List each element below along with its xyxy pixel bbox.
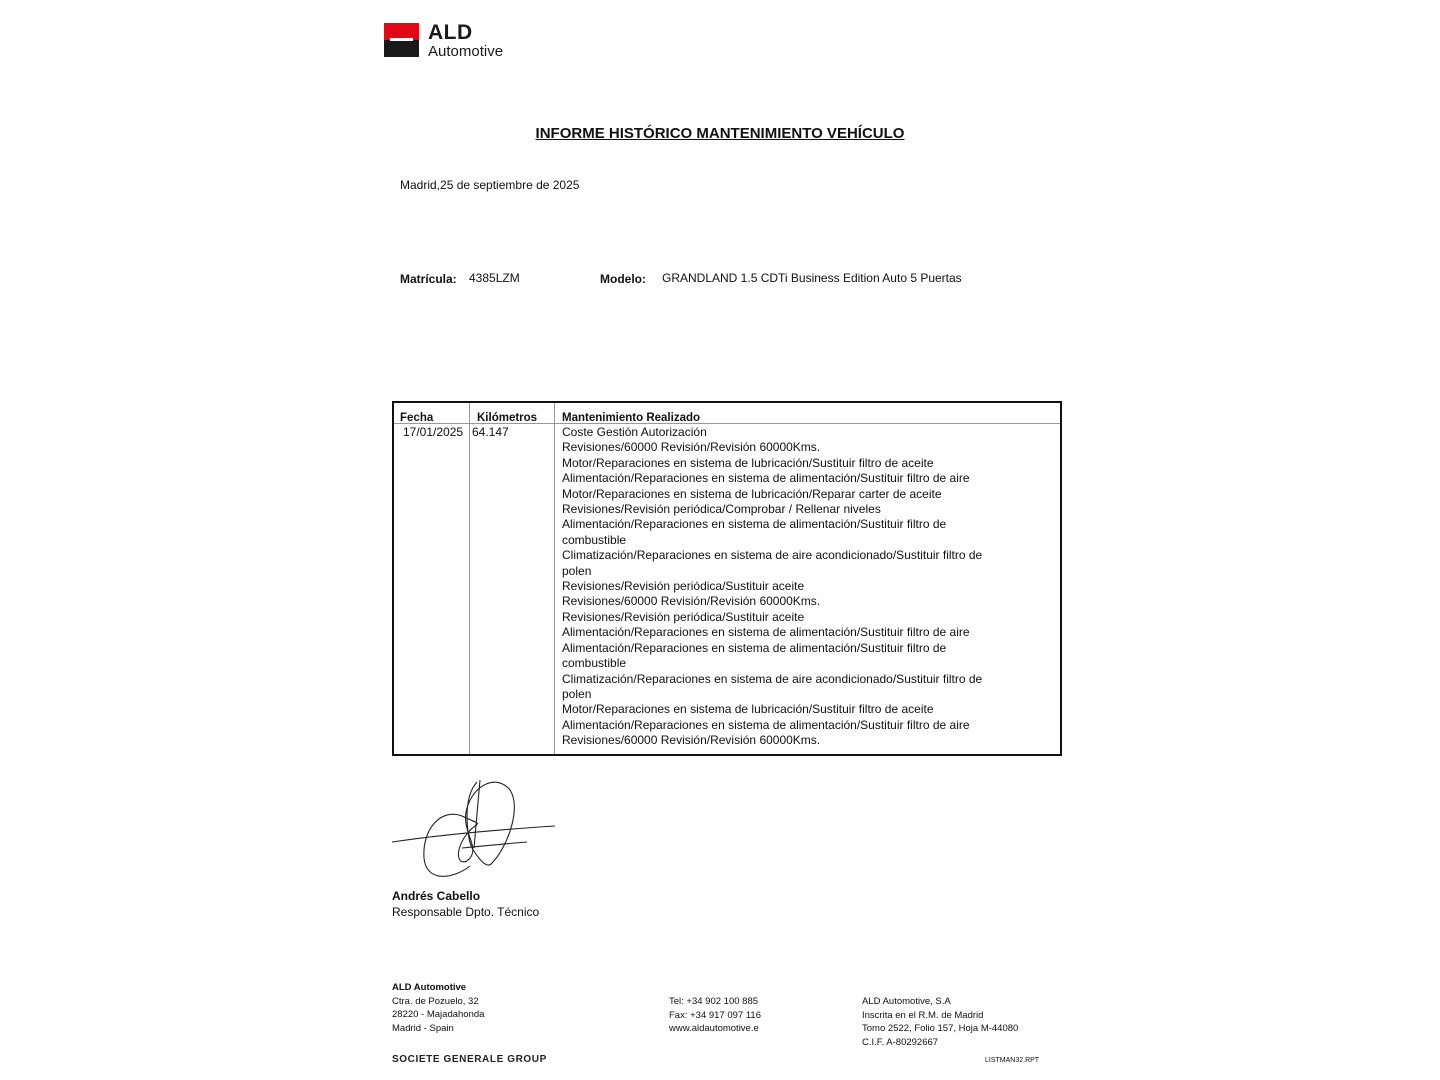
footer-fax: Fax: +34 917 097 116: [669, 1009, 761, 1023]
maintenance-entry: polen: [562, 687, 982, 702]
signer-role: Responsable Dpto. Técnico: [392, 905, 539, 919]
maintenance-entry: Motor/Reparaciones en sistema de lubrica…: [562, 456, 982, 471]
maintenance-entry: Motor/Reparaciones en sistema de lubrica…: [562, 702, 982, 717]
plate-value: 4385LZM: [469, 271, 520, 285]
header-mantenimiento: Mantenimiento Realizado: [562, 412, 700, 424]
model-label: Modelo:: [600, 272, 646, 286]
header-fecha: Fecha: [400, 412, 433, 424]
maintenance-entry: Revisiones/Revisión periódica/Sustituir …: [562, 579, 982, 594]
maintenance-entry: Revisiones/60000 Revisión/Revisión 60000…: [562, 733, 982, 748]
logo-mark-icon: [384, 23, 419, 57]
maintenance-entry: Climatización/Reparaciones en sistema de…: [562, 548, 982, 563]
societe-generale-group: SOCIETE GENERALE GROUP: [392, 1054, 547, 1065]
maintenance-entry: combustible: [562, 656, 982, 671]
footer-contact: Tel: +34 902 100 885 Fax: +34 917 097 11…: [669, 995, 761, 1036]
maintenance-entry: Alimentación/Reparaciones en sistema de …: [562, 641, 982, 656]
footer-legal-line: ALD Automotive, S.A: [862, 995, 1018, 1009]
footer-address: ALD Automotive Ctra. de Pozuelo, 32 2822…: [392, 981, 484, 1035]
footer-address-line: Madrid - Spain: [392, 1022, 484, 1036]
footer-phone: Tel: +34 902 100 885: [669, 995, 761, 1009]
report-code: LISTMAN32.RPT: [985, 1057, 1039, 1064]
footer-legal-line: Inscrita en el R.M. de Madrid: [862, 1009, 1018, 1023]
signer-name: Andrés Cabello: [392, 889, 480, 903]
footer-address-line: 28220 - Majadahonda: [392, 1008, 484, 1022]
row-km: 64.147: [472, 425, 509, 440]
footer-company: ALD Automotive: [392, 981, 484, 995]
maintenance-table: Fecha Kilómetros Mantenimiento Realizado…: [392, 401, 1062, 756]
maintenance-entry: Alimentación/Reparaciones en sistema de …: [562, 471, 982, 486]
document-title: INFORME HISTÓRICO MANTENIMIENTO VEHÍCULO: [0, 125, 1440, 142]
maintenance-entry: Revisiones/Revisión periódica/Sustituir …: [562, 610, 982, 625]
footer-legal: ALD Automotive, S.A Inscrita en el R.M. …: [862, 995, 1018, 1049]
plate-label: Matrícula:: [400, 272, 457, 286]
footer-legal-line: Tomo 2522, Folio 157, Hoja M-44080: [862, 1022, 1018, 1036]
logo-text-ald: ALD: [428, 21, 473, 45]
maintenance-entry: Coste Gestión Autorización: [562, 425, 982, 440]
maintenance-entry: Alimentación/Reparaciones en sistema de …: [562, 625, 982, 640]
logo-text-automotive: Automotive: [428, 43, 503, 60]
row-date: 17/01/2025: [403, 425, 463, 440]
maintenance-entry: combustible: [562, 533, 982, 548]
footer-address-line: Ctra. de Pozuelo, 32: [392, 995, 484, 1009]
maintenance-entry: polen: [562, 564, 982, 579]
maintenance-entry: Motor/Reparaciones en sistema de lubrica…: [562, 487, 982, 502]
signature-image: [392, 778, 556, 882]
maintenance-entry: Alimentación/Reparaciones en sistema de …: [562, 517, 982, 532]
maintenance-entries: Coste Gestión AutorizaciónRevisiones/600…: [562, 425, 982, 749]
maintenance-entry: Revisiones/60000 Revisión/Revisión 60000…: [562, 440, 982, 455]
maintenance-entry: Climatización/Reparaciones en sistema de…: [562, 672, 982, 687]
footer-website-link[interactable]: www.aldautomotive.e: [669, 1022, 761, 1036]
model-value: GRANDLAND 1.5 CDTi Business Edition Auto…: [662, 271, 962, 285]
maintenance-entry: Alimentación/Reparaciones en sistema de …: [562, 718, 982, 733]
maintenance-entry: Revisiones/Revisión periódica/Comprobar …: [562, 502, 982, 517]
maintenance-entry: Revisiones/60000 Revisión/Revisión 60000…: [562, 594, 982, 609]
header-kilometros: Kilómetros: [477, 412, 537, 424]
footer-legal-line: C.I.F. A-80292667: [862, 1036, 1018, 1050]
ald-automotive-logo: ALD Automotive: [384, 23, 512, 59]
place-date: Madrid,25 de septiembre de 2025: [400, 178, 579, 192]
